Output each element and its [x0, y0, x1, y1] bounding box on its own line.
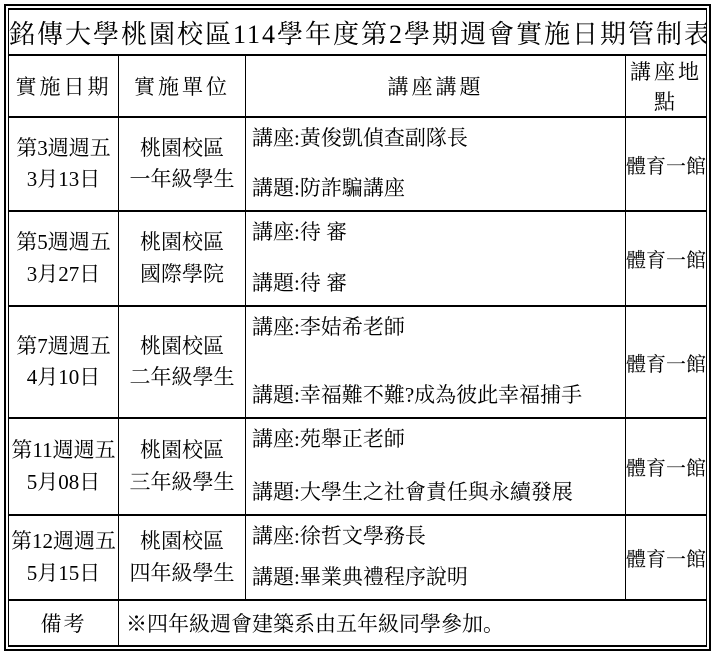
date-day: 5月08日 [9, 467, 118, 499]
location-cell: 體育一館 [626, 211, 707, 306]
date-day: 3月13日 [9, 164, 118, 196]
speaker-line: 講座:李姞希老師 [252, 311, 621, 341]
table-outer-frame: 銘傳大學桃園校區114學年度第2學期週會實施日期管制表 實施日期 實施單位 講座… [4, 4, 711, 651]
topic-wrap: 講座:苑舉正老師 講題:大學生之社會責任與永續發展 [246, 419, 625, 514]
topic-line: 講題:幸福難不難?成為彼此幸福捕手 [252, 379, 621, 409]
unit-campus: 桃園校區 [119, 133, 245, 165]
date-week: 第5週週五 [9, 227, 118, 259]
date-week: 第3週週五 [9, 133, 118, 165]
location-cell: 體育一館 [626, 515, 707, 600]
topic-line: 講題:畢業典禮程序說明 [252, 561, 621, 591]
topic-line: 講題:防詐騙講座 [252, 172, 621, 202]
schedule-table: 銘傳大學桃園校區114學年度第2學期週會實施日期管制表 實施日期 實施單位 講座… [8, 8, 707, 647]
table-row: 第12週週五 5月15日 桃園校區 四年級學生 講座:徐哲文學務長 講題:畢業典… [9, 515, 707, 600]
date-week: 第7週週五 [9, 331, 118, 363]
unit-group: 一年級學生 [119, 164, 245, 196]
remarks-text: ※四年級週會建築系由五年級同學參加。 [119, 600, 707, 646]
col-header-topic: 講座講題 [246, 55, 626, 117]
date-cell: 第12週週五 5月15日 [9, 515, 119, 600]
unit-cell: 桃園校區 一年級學生 [119, 117, 246, 211]
unit-group: 二年級學生 [119, 362, 245, 394]
speaker-line: 講座:徐哲文學務長 [252, 520, 621, 550]
topic-wrap: 講座:李姞希老師 講題:幸福難不難?成為彼此幸福捕手 [246, 307, 625, 417]
topic-wrap: 講座:黃俊凱偵查副隊長 講題:防詐騙講座 [246, 118, 625, 210]
remarks-label: 備考 [9, 600, 119, 646]
date-cell: 第7週週五 4月10日 [9, 306, 119, 418]
unit-campus: 桃園校區 [119, 526, 245, 558]
col-header-date: 實施日期 [9, 55, 119, 117]
table-row: 第11週週五 5月08日 桃園校區 三年級學生 講座:苑舉正老師 講題:大學生之… [9, 418, 707, 515]
topic-cell: 講座:李姞希老師 講題:幸福難不難?成為彼此幸福捕手 [246, 306, 626, 418]
date-cell: 第3週週五 3月13日 [9, 117, 119, 211]
location-cell: 體育一館 [626, 418, 707, 515]
col-header-location: 講座地點 [626, 55, 707, 117]
topic-wrap: 講座:徐哲文學務長 講題:畢業典禮程序說明 [246, 516, 625, 599]
unit-cell: 桃園校區 三年級學生 [119, 418, 246, 515]
location-cell: 體育一館 [626, 117, 707, 211]
remarks-row: 備考 ※四年級週會建築系由五年級同學參加。 [9, 600, 707, 646]
date-cell: 第5週週五 3月27日 [9, 211, 119, 306]
unit-cell: 桃園校區 二年級學生 [119, 306, 246, 418]
table-row: 第7週週五 4月10日 桃園校區 二年級學生 講座:李姞希老師 講題:幸福難不難… [9, 306, 707, 418]
topic-cell: 講座:徐哲文學務長 講題:畢業典禮程序說明 [246, 515, 626, 600]
topic-line: 講題:大學生之社會責任與永續發展 [252, 476, 621, 506]
unit-group: 三年級學生 [119, 467, 245, 499]
date-week: 第12週週五 [9, 526, 118, 558]
topic-cell: 講座:苑舉正老師 講題:大學生之社會責任與永續發展 [246, 418, 626, 515]
col-header-unit: 實施單位 [119, 55, 246, 117]
table-row: 第3週週五 3月13日 桃園校區 一年級學生 講座:黃俊凱偵查副隊長 講題:防詐… [9, 117, 707, 211]
title-row: 銘傳大學桃園校區114學年度第2學期週會實施日期管制表 [9, 9, 707, 55]
unit-campus: 桃園校區 [119, 227, 245, 259]
date-day: 3月27日 [9, 259, 118, 291]
unit-cell: 桃園校區 四年級學生 [119, 515, 246, 600]
date-day: 5月15日 [9, 558, 118, 590]
document-page: 銘傳大學桃園校區114學年度第2學期週會實施日期管制表 實施日期 實施單位 講座… [0, 0, 716, 640]
unit-cell: 桃園校區 國際學院 [119, 211, 246, 306]
topic-cell: 講座:待 審 講題:待 審 [246, 211, 626, 306]
header-row: 實施日期 實施單位 講座講題 講座地點 [9, 55, 707, 117]
unit-group: 四年級學生 [119, 558, 245, 590]
date-cell: 第11週週五 5月08日 [9, 418, 119, 515]
location-cell: 體育一館 [626, 306, 707, 418]
speaker-line: 講座:黃俊凱偵查副隊長 [252, 122, 621, 152]
date-week: 第11週週五 [9, 435, 118, 467]
date-day: 4月10日 [9, 362, 118, 394]
unit-campus: 桃園校區 [119, 435, 245, 467]
topic-wrap: 講座:待 審 講題:待 審 [246, 212, 625, 305]
unit-campus: 桃園校區 [119, 331, 245, 363]
speaker-line: 講座:苑舉正老師 [252, 423, 621, 453]
page-title: 銘傳大學桃園校區114學年度第2學期週會實施日期管制表 [9, 9, 707, 55]
speaker-line: 講座:待 審 [252, 216, 621, 246]
topic-line: 講題:待 審 [252, 267, 621, 297]
table-row: 第5週週五 3月27日 桃園校區 國際學院 講座:待 審 講題:待 審 體育一館 [9, 211, 707, 306]
topic-cell: 講座:黃俊凱偵查副隊長 講題:防詐騙講座 [246, 117, 626, 211]
unit-group: 國際學院 [119, 259, 245, 291]
